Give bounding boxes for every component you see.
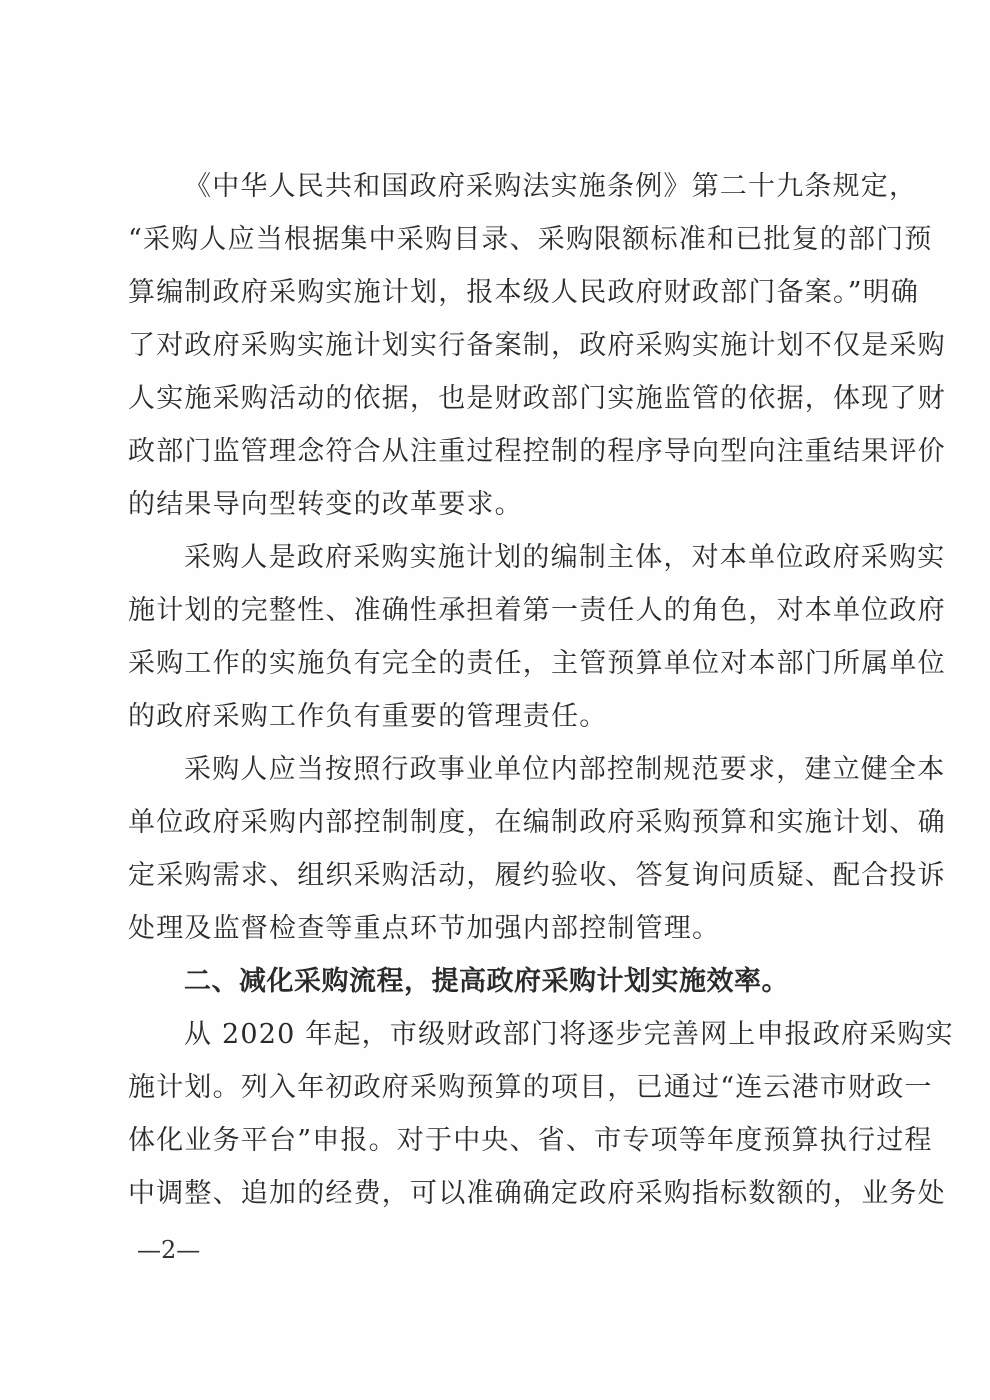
paragraph-1-line-3: 算编制政府采购实施计划，报本级人民政府财政部门备案。”明确 — [128, 266, 880, 319]
section-heading: 二、减化采购流程，提高政府采购计划实施效率。 — [128, 955, 880, 1008]
paragraph-2-line-3: 采购工作的实施负有完全的责任，主管预算单位对本部门所属单位 — [128, 637, 880, 690]
paragraph-1-line-1: 《中华人民共和国政府采购法实施条例》第二十九条规定， — [128, 160, 880, 213]
paragraph-1-line-4: 了对政府采购实施计划实行备案制，政府采购实施计划不仅是采购 — [128, 319, 880, 372]
paragraph-1-line-7: 的结果导向型转变的改革要求。 — [128, 478, 880, 531]
paragraph-4-line-3: 体化业务平台”申报。对于中央、省、市专项等年度预算执行过程 — [128, 1114, 880, 1167]
document-body: 《中华人民共和国政府采购法实施条例》第二十九条规定， “采购人应当根据集中采购目… — [128, 160, 880, 1220]
paragraph-4-line-4: 中调整、追加的经费，可以准确确定政府采购指标数额的，业务处 — [128, 1167, 880, 1220]
paragraph-3-line-2: 单位政府采购内部控制制度，在编制政府采购预算和实施计划、确 — [128, 796, 880, 849]
paragraph-2-line-2: 施计划的完整性、准确性承担着第一责任人的角色，对本单位政府 — [128, 584, 880, 637]
document-page: 《中华人民共和国政府采购法实施条例》第二十九条规定， “采购人应当根据集中采购目… — [0, 0, 990, 1400]
paragraph-1-line-2: “采购人应当根据集中采购目录、采购限额标准和已批复的部门预 — [128, 213, 880, 266]
paragraph-4-line-1: 从 2020 年起，市级财政部门将逐步完善网上申报政府采购实 — [128, 1008, 880, 1061]
paragraph-3-line-3: 定采购需求、组织采购活动，履约验收、答复询问质疑、配合投诉 — [128, 849, 880, 902]
paragraph-1-line-6: 政部门监管理念符合从注重过程控制的程序导向型向注重结果评价 — [128, 425, 880, 478]
paragraph-3-line-1: 采购人应当按照行政事业单位内部控制规范要求，建立健全本 — [128, 743, 880, 796]
paragraph-1-line-5: 人实施采购活动的依据，也是财政部门实施监管的依据，体现了财 — [128, 372, 880, 425]
page-number: —2— — [137, 1234, 200, 1266]
paragraph-2-line-1: 采购人是政府采购实施计划的编制主体，对本单位政府采购实 — [128, 531, 880, 584]
paragraph-3-line-4: 处理及监督检查等重点环节加强内部控制管理。 — [128, 902, 880, 955]
paragraph-2-line-4: 的政府采购工作负有重要的管理责任。 — [128, 690, 880, 743]
paragraph-4-line-2: 施计划。列入年初政府采购预算的项目，已通过“连云港市财政一 — [128, 1061, 880, 1114]
